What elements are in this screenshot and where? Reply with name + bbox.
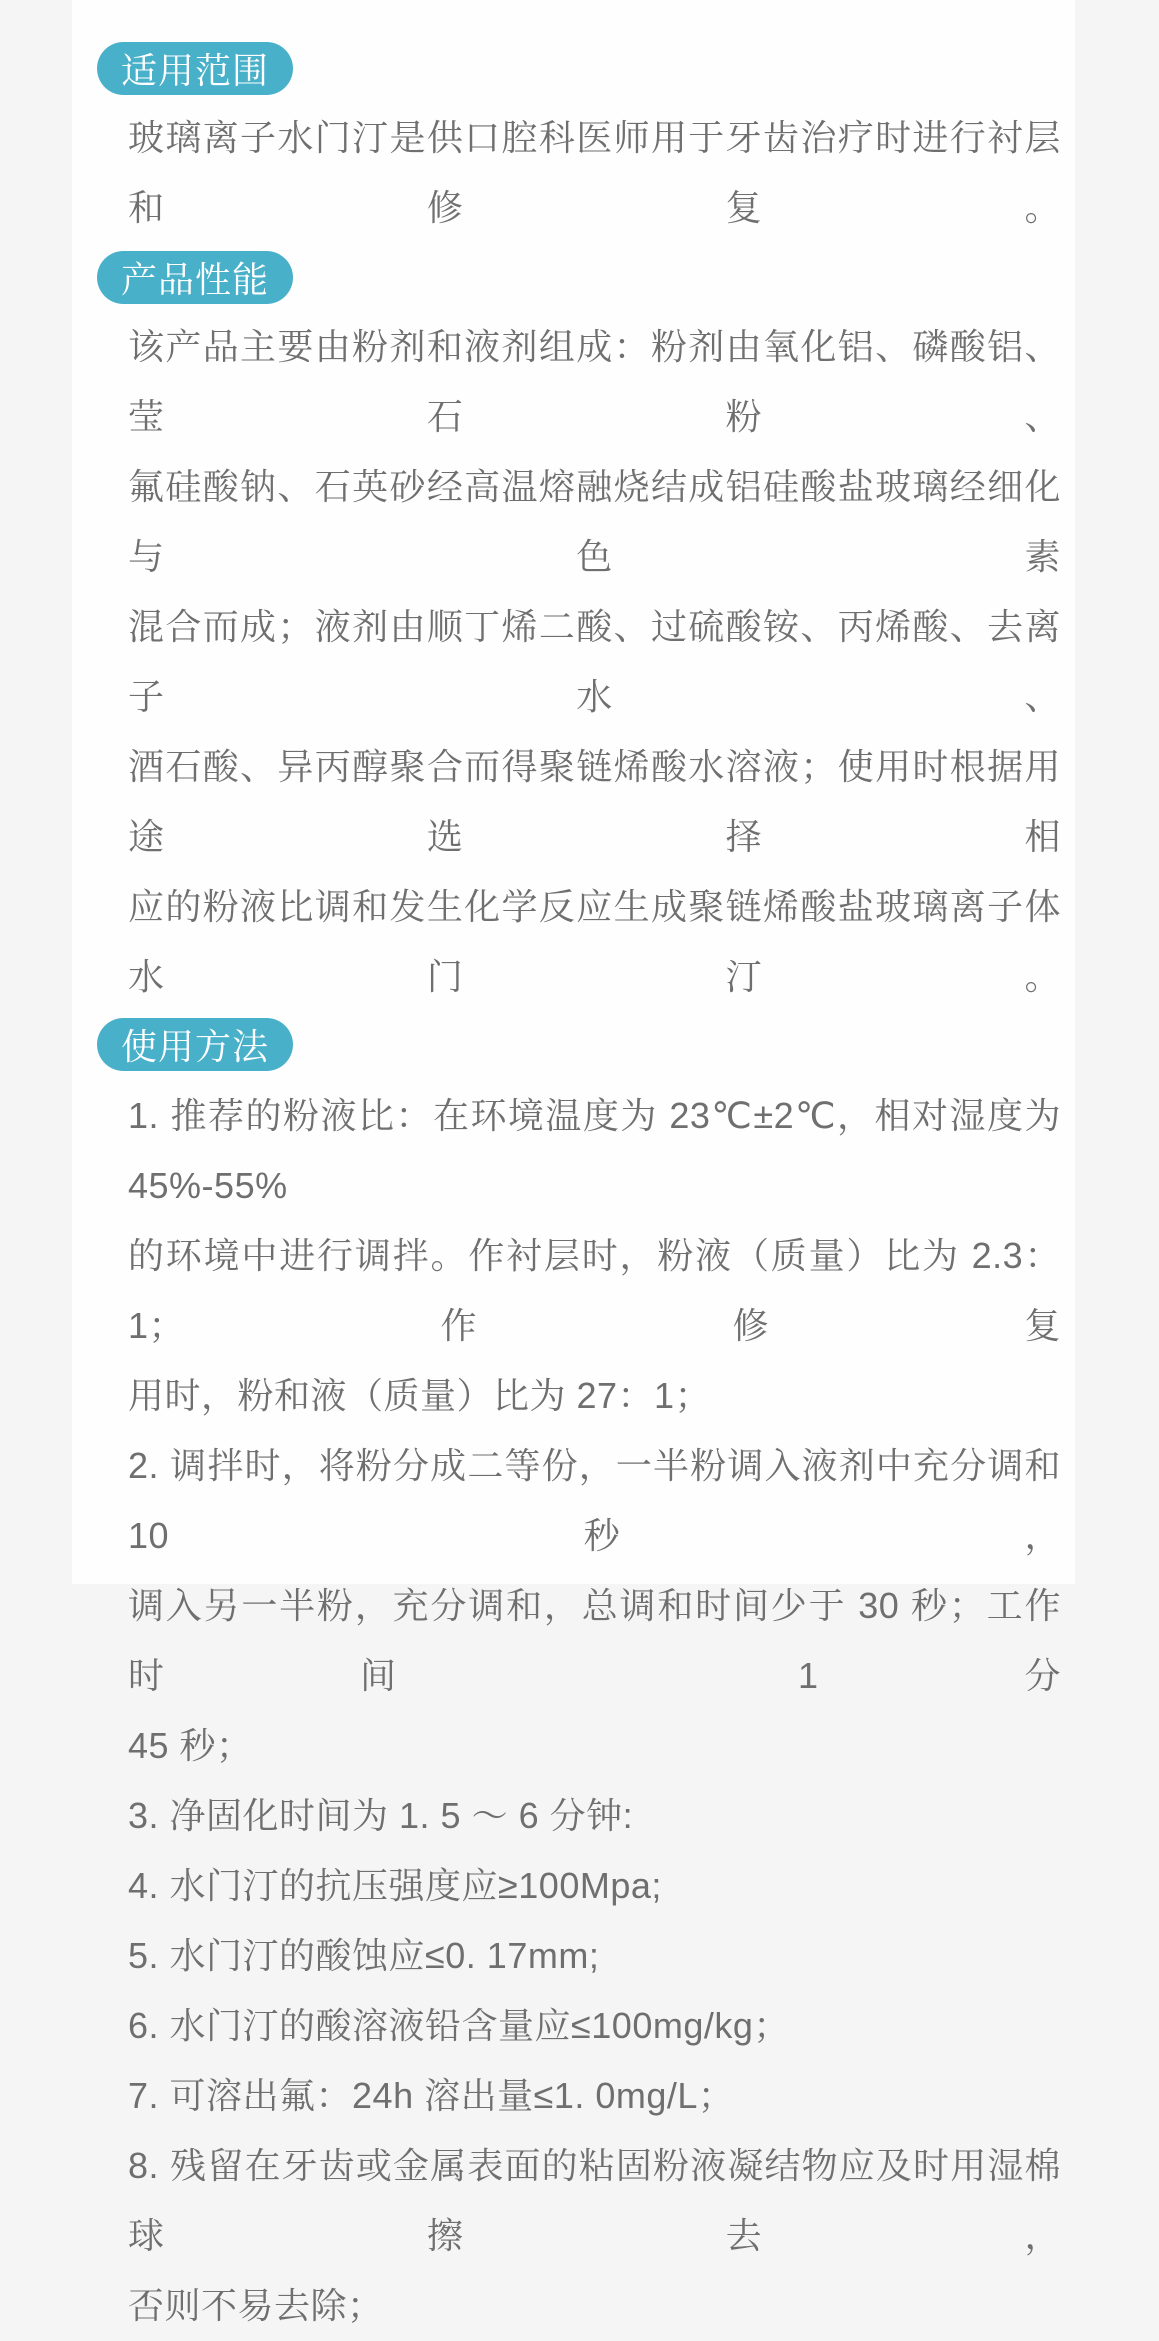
paragraph-line: 氟硅酸钠、石英砂经高温熔融烧结成铝硅酸盐玻璃经细化与色素 [128, 452, 1061, 592]
section-badge-usage-label: 使用方法 [121, 1019, 269, 1070]
paragraph-line: 玻璃离子水门汀是供口腔科医师用于牙齿治疗时进行衬层和修复。 [128, 103, 1061, 243]
usage-step-1-line: 1. 推荐的粉液比：在环境温度为 23℃±2℃，相对湿度为 45%-55% [128, 1081, 1061, 1221]
section-badge-usage: 使用方法 [97, 1018, 293, 1071]
section-badge-performance: 产品性能 [97, 251, 293, 304]
section-badge-performance-label: 产品性能 [121, 252, 269, 303]
paragraph-line: 混合而成；液剂由顺丁烯二酸、过硫酸铵、丙烯酸、去离子水、 [128, 592, 1061, 732]
scope-paragraph: 玻璃离子水门汀是供口腔科医师用于牙齿治疗时进行衬层和修复。 [128, 103, 1061, 243]
usage-step-1-line: 的环境中进行调拌。作衬层时，粉液（质量）比为 2.3：1；作修复 [128, 1221, 1061, 1361]
usage-step-2-line: 2. 调拌时，将粉分成二等份，一半粉调入液剂中充分调和 10 秒， [128, 1431, 1061, 1571]
paragraph-line: 应的粉液比调和发生化学反应生成聚链烯酸盐玻璃离子体水门汀。 [128, 872, 1061, 1012]
section-badge-scope: 适用范围 [97, 42, 293, 95]
section-badge-scope-label: 适用范围 [121, 43, 269, 94]
document-card: 适用范围 玻璃离子水门汀是供口腔科医师用于牙齿治疗时进行衬层和修复。 产品性能 … [72, 0, 1075, 1584]
performance-paragraph: 该产品主要由粉剂和液剂组成：粉剂由氧化铝、磷酸铝、莹石粉、 氟硅酸钠、石英砂经高… [128, 312, 1061, 1012]
usage-list: 1. 推荐的粉液比：在环境温度为 23℃±2℃，相对湿度为 45%-55% 的环… [128, 1081, 1061, 1584]
paragraph-line: 该产品主要由粉剂和液剂组成：粉剂由氧化铝、磷酸铝、莹石粉、 [128, 312, 1061, 452]
usage-step-1-line: 用时，粉和液（质量）比为 27：1； [128, 1361, 1061, 1431]
paragraph-line: 酒石酸、异丙醇聚合而得聚链烯酸水溶液；使用时根据用途选择相 [128, 732, 1061, 872]
usage-step-2-line: 调入另一半粉，充分调和，总调和时间少于 30 秒；工作时间 1 分 [128, 1571, 1061, 1584]
